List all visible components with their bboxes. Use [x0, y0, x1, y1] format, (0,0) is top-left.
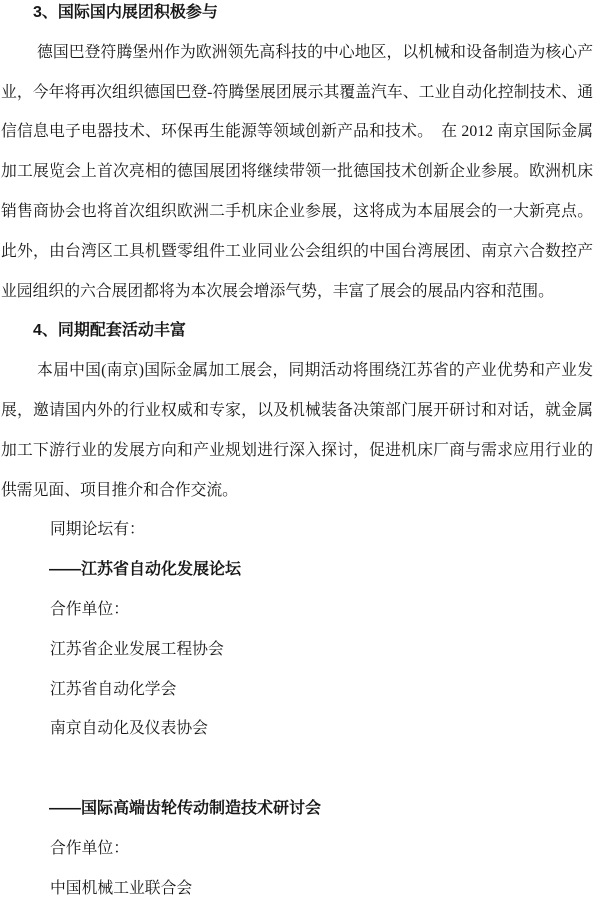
paragraph-line: 销售商协会也将首次组织欧洲二手机床企业参展，这将成为本届展会的一大新亮点。 [1, 192, 593, 232]
partners-label: 合作单位： [1, 829, 593, 869]
paragraph-line: 信信息电子电器技术、环保再生能源等领域创新产品和技术。 在 2012 南京国际金… [1, 112, 593, 152]
section-heading-4: 4、同期配套活动丰富 [1, 311, 593, 351]
paragraph-line: 业，今年将再次组织德国巴登-符腾堡展团展示其覆盖汽车、工业自动化控制技术、通 [1, 73, 593, 113]
partners-label: 合作单位： [1, 590, 593, 630]
forum-title-jiangsu-automation: ——江苏省自动化发展论坛 [1, 550, 593, 590]
section-heading-3: 3、国际国内展团积极参与 [1, 0, 593, 33]
paragraph-line: 展，邀请国内外的行业权威和专家，以及机械装备决策部门展开研讨和对话，就金属 [1, 391, 593, 431]
partner-org-machinery-federation: 中国机械工业联合会 [1, 869, 593, 904]
partner-org-nanjing-instrument: 南京自动化及仪表协会 [1, 709, 593, 749]
forum-title-gear-transmission: ——国际高端齿轮传动制造技术研讨会 [1, 789, 593, 829]
partner-org-automation-society: 江苏省自动化学会 [1, 670, 593, 710]
paragraph-line: 供需见面、项目推介和合作交流。 [1, 471, 593, 511]
paragraph-line: 加工展览会上首次亮相的德国展团将继续带领一批德国技术创新企业参展。欧洲机床 [1, 152, 593, 192]
paragraph-line: 本届中国(南京)国际金属加工展会，同期活动将围绕江苏省的产业优势和产业发 [1, 351, 593, 391]
paragraph-line: 德国巴登符腾堡州作为欧洲领先高科技的中心地区，以机械和设备制造为核心产 [1, 33, 593, 73]
partner-org-enterprise-development: 江苏省企业发展工程协会 [1, 630, 593, 670]
blank-line [1, 749, 593, 789]
forums-intro-line: 同期论坛有： [1, 510, 593, 550]
paragraph-line: 业园组织的六合展团都将为本次展会增添气势，丰富了展会的展品内容和范围。 [1, 272, 593, 312]
paragraph-line: 此外，由台湾区工具机暨零组件工业同业公会组织的中国台湾展团、南京六合数控产 [1, 232, 593, 272]
document-page: 3、国际国内展团积极参与 德国巴登符腾堡州作为欧洲领先高科技的中心地区，以机械和… [1, 0, 593, 904]
paragraph-line: 加工下游行业的发展方向和产业规划进行深入探讨，促进机床厂商与需求应用行业的 [1, 431, 593, 471]
